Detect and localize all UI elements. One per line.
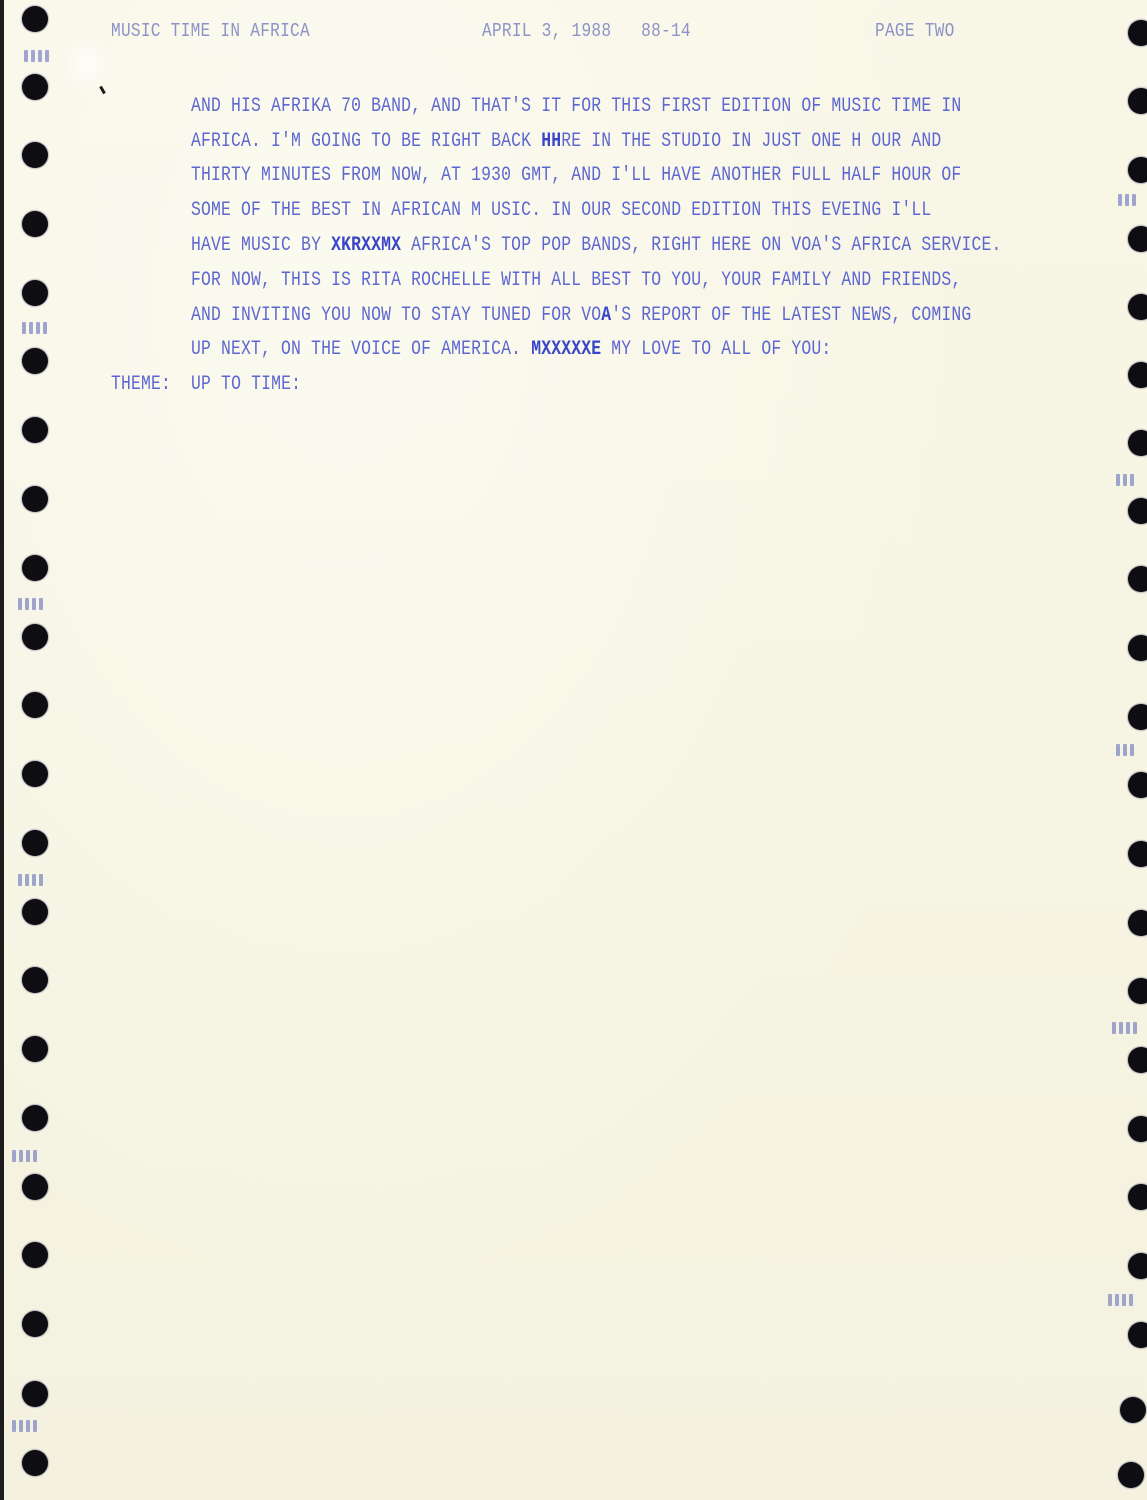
perforation-mark xyxy=(18,874,43,886)
sprocket-hole xyxy=(22,486,48,512)
sprocket-hole xyxy=(22,555,48,581)
program-title: MUSIC TIME IN AFRICA xyxy=(111,20,310,42)
perforation-mark xyxy=(12,1420,37,1432)
perforation-mark xyxy=(12,1150,37,1162)
sprocket-hole xyxy=(1128,978,1147,1004)
music-cue: THEME: UP TO TIME: xyxy=(111,373,301,396)
sprocket-hole xyxy=(22,1450,48,1476)
sprocket-hole xyxy=(1128,226,1147,252)
sprocket-hole xyxy=(22,417,48,443)
page-edge xyxy=(0,0,4,1500)
sprocket-hole xyxy=(1118,1462,1144,1488)
script-text: AFRICA'S TOP POP BANDS, RIGHT HERE ON VO… xyxy=(401,234,1001,257)
script-line: THIRTY MINUTES FROM NOW, AT 1930 GMT, AN… xyxy=(191,164,961,187)
perforation-mark xyxy=(24,50,49,62)
script-line: SOME OF THE BEST IN AFRICAN M USIC. IN O… xyxy=(191,199,931,222)
sprocket-hole xyxy=(22,692,48,718)
paper-smudge xyxy=(60,35,110,95)
strikeover-text: XKRXXMX xyxy=(331,234,401,257)
sprocket-hole xyxy=(1128,635,1147,661)
sprocket-hole xyxy=(1128,1184,1147,1210)
sprocket-hole xyxy=(1128,772,1147,798)
sprocket-hole xyxy=(1128,1047,1147,1073)
sprocket-hole xyxy=(22,830,48,856)
perforation-mark xyxy=(18,598,43,610)
sprocket-hole xyxy=(22,1036,48,1062)
strikeover-text: HH xyxy=(541,130,561,153)
sprocket-hole xyxy=(1128,362,1147,388)
script-line: AFRICA. I'M GOING TO BE RIGHT BACK HHRE … xyxy=(191,130,941,153)
script-text: AND INVITING YOU NOW TO STAY TUNED FOR V… xyxy=(191,304,601,327)
sprocket-hole xyxy=(22,1381,48,1407)
perforation-mark xyxy=(1116,474,1134,486)
sprocket-hole xyxy=(22,74,48,100)
sprocket-hole xyxy=(1128,1116,1147,1142)
script-line: HAVE MUSIC BY XKRXXMX AFRICA'S TOP POP B… xyxy=(191,234,1001,257)
date-and-episode: APRIL 3, 1988 88-14 xyxy=(482,20,691,42)
script-line: FOR NOW, THIS IS RITA ROCHELLE WITH ALL … xyxy=(191,269,961,292)
page-number: PAGE TWO xyxy=(875,20,955,42)
perforation-mark xyxy=(1108,1294,1133,1306)
sprocket-hole xyxy=(22,211,48,237)
sprocket-hole xyxy=(22,142,48,168)
script-text: AFRICA. I'M GOING TO BE RIGHT BACK xyxy=(191,130,541,153)
sprocket-hole xyxy=(22,1311,48,1337)
script-text: HAVE MUSIC BY xyxy=(191,234,331,257)
sprocket-hole xyxy=(22,348,48,374)
perforation-mark xyxy=(1112,1022,1137,1034)
sprocket-hole xyxy=(22,6,48,32)
script-line: AND INVITING YOU NOW TO STAY TUNED FOR V… xyxy=(191,304,971,327)
script-text: UP NEXT, ON THE VOICE OF AMERICA. xyxy=(191,338,531,361)
script-text: MY LOVE TO ALL OF YOU: xyxy=(601,338,831,361)
sprocket-hole xyxy=(22,280,48,306)
script-text: 'S REPORT OF THE LATEST NEWS, COMING xyxy=(611,304,971,327)
sprocket-hole xyxy=(22,1174,48,1200)
script-line: UP NEXT, ON THE VOICE OF AMERICA. MXXXXX… xyxy=(191,338,831,361)
strikeover-text: MXXXXXE xyxy=(531,338,601,361)
perforation-mark xyxy=(1116,744,1134,756)
sprocket-hole xyxy=(1128,1322,1147,1348)
perforation-mark xyxy=(22,322,47,334)
sprocket-hole xyxy=(1128,704,1147,730)
script-line: AND HIS AFRIKA 70 BAND, AND THAT'S IT FO… xyxy=(191,95,961,118)
sprocket-hole xyxy=(22,1105,48,1131)
sprocket-hole xyxy=(22,761,48,787)
sprocket-hole xyxy=(22,1242,48,1268)
sprocket-hole xyxy=(1128,20,1147,46)
sprocket-hole xyxy=(1128,157,1147,183)
sprocket-hole xyxy=(22,624,48,650)
sprocket-hole xyxy=(1128,566,1147,592)
sprocket-hole xyxy=(1128,910,1147,936)
sprocket-hole xyxy=(1128,498,1147,524)
sprocket-hole xyxy=(1128,1253,1147,1279)
sprocket-hole xyxy=(1120,1397,1146,1423)
script-text: RE IN THE STUDIO IN JUST ONE H OUR AND xyxy=(561,130,941,153)
sprocket-hole xyxy=(22,899,48,925)
sprocket-hole xyxy=(1128,430,1147,456)
sprocket-hole xyxy=(1128,841,1147,867)
typewritten-page: MUSIC TIME IN AFRICA APRIL 3, 1988 88-14… xyxy=(0,0,1147,1500)
strikeover-text: A xyxy=(601,304,611,327)
perforation-mark xyxy=(1118,194,1136,206)
sprocket-hole xyxy=(22,967,48,993)
sprocket-hole xyxy=(1128,294,1147,320)
sprocket-hole xyxy=(1128,88,1147,114)
